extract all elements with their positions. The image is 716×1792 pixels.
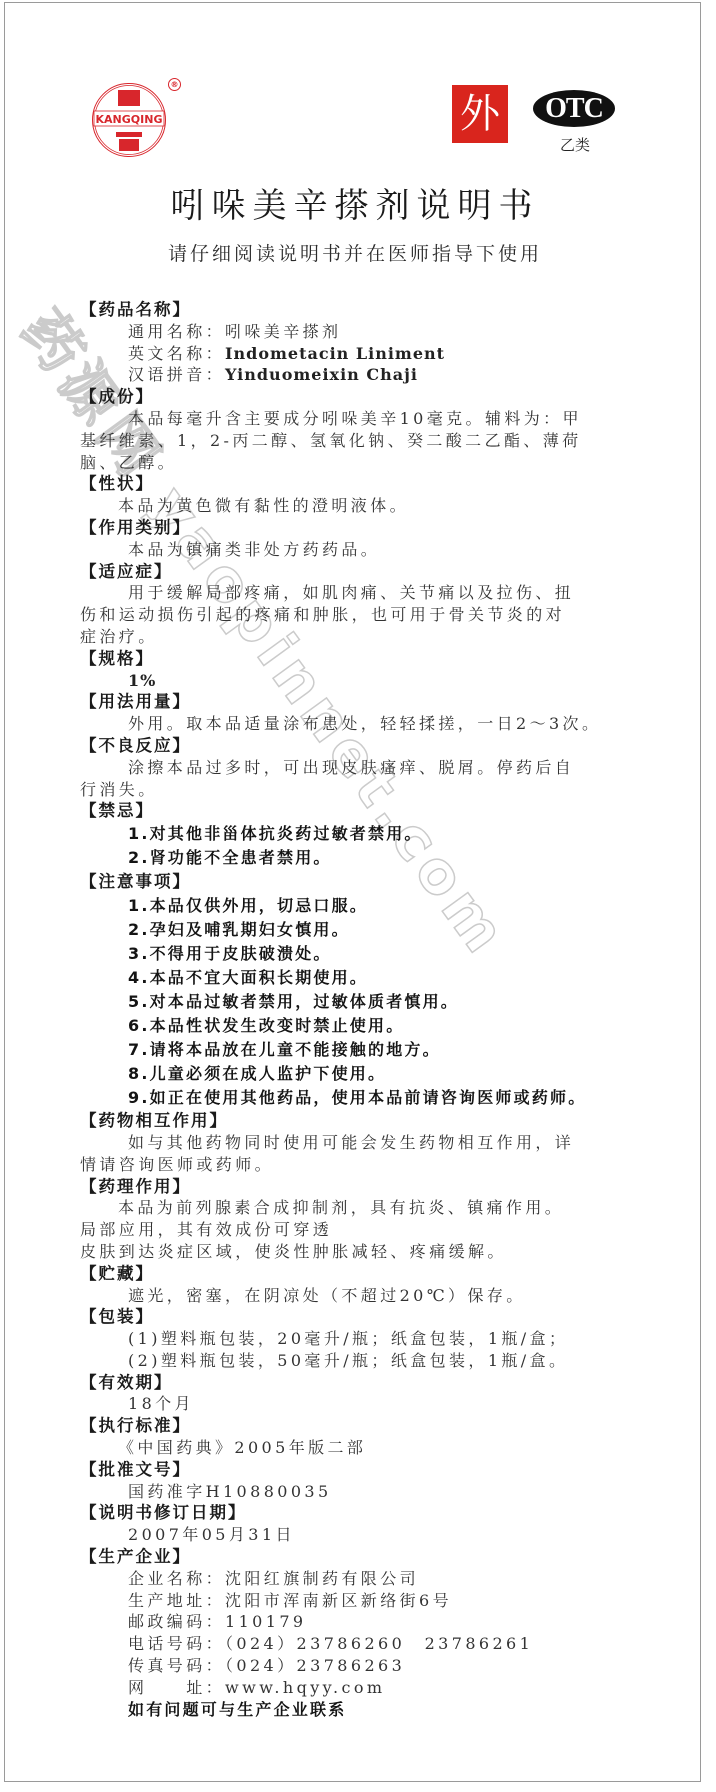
svg-text:KANGQING: KANGQING <box>96 113 163 126</box>
page-subtitle: 请仔细阅读说明书并在医师指导下使用 <box>140 242 570 266</box>
pharmacology-line: 本品为前列腺素合成抑制剂，具有抗炎、镇痛作用。 <box>0 1197 716 1219</box>
precaution-item: 4.本品不宜大面积长期使用。 <box>0 966 716 990</box>
leaflet-body: 【药品名称】 通用名称：吲哚美辛搽剂 英文名称：Indometacin Lini… <box>0 299 716 1720</box>
interactions-line: 如与其他药物同时使用可能会发生药物相互作用，详 <box>0 1132 716 1154</box>
section-label-indications: 【适应症】 <box>0 561 716 583</box>
standard-text: 《中国药典》2005年版二部 <box>0 1437 716 1459</box>
dosage-text: 外用。取本品适量涂布患处，轻轻揉搓，一日2～3次。 <box>0 713 716 735</box>
section-label-category: 【作用类别】 <box>0 517 716 539</box>
adverse-line: 涂擦本品过多时，可出现皮肤瘙痒、脱屑。停药后自 <box>0 757 716 779</box>
manufacturer-name: 企业名称：沈阳红旗制药有限公司 <box>0 1568 716 1590</box>
precaution-item: 1.本品仅供外用，切忌口服。 <box>0 894 716 918</box>
precaution-item: 3.不得用于皮肤破溃处。 <box>0 942 716 966</box>
section-label-precautions: 【注意事项】 <box>0 870 716 894</box>
contact-note: 如有问题可与生产企业联系 <box>0 1699 716 1721</box>
pharmacology-line: 皮肤到达炎症区域，使炎性肿胀减轻、疼痛缓解。 <box>0 1241 716 1263</box>
section-label-standard: 【执行标准】 <box>0 1415 716 1437</box>
section-label-contraindications: 【禁忌】 <box>0 800 716 822</box>
english-name-row: 英文名称：Indometacin Liniment <box>0 343 716 365</box>
specification-text: 1% <box>0 670 716 692</box>
manufacturer-fax: 传真号码：（024）23786263 <box>0 1655 716 1677</box>
section-label-ingredients: 【成份】 <box>0 386 716 408</box>
manufacturer-postcode: 邮政编码：110179 <box>0 1611 716 1633</box>
ingredients-line: 脑、乙醇。 <box>0 452 716 474</box>
otc-badge: OTC <box>533 90 615 127</box>
contraindication-item: 2.肾功能不全患者禁用。 <box>0 846 716 870</box>
category-text: 本品为镇痛类非处方药药品。 <box>0 539 716 561</box>
indications-line: 用于缓解局部疼痛，如肌肉痛、关节痛以及拉伤、扭 <box>0 582 716 604</box>
storage-text: 遮光，密塞，在阴凉处（不超过20℃）保存。 <box>0 1285 716 1307</box>
precaution-item: 6.本品性状发生改变时禁止使用。 <box>0 1014 716 1038</box>
manufacturer-address: 生产地址：沈阳市浑南新区新络街6号 <box>0 1590 716 1612</box>
precaution-item: 8.儿童必须在成人监护下使用。 <box>0 1062 716 1086</box>
english-name-prefix: 英文名称： <box>128 344 225 363</box>
section-label-pharmacology: 【药理作用】 <box>0 1176 716 1198</box>
section-label-specification: 【规格】 <box>0 648 716 670</box>
package-line: (2)塑料瓶包装，50毫升/瓶；纸盒包装，1瓶/盒。 <box>0 1350 716 1372</box>
description-text: 本品为黄色微有黏性的澄明液体。 <box>0 495 716 517</box>
section-label-storage: 【贮藏】 <box>0 1263 716 1285</box>
precaution-item: 9.如正在使用其他药品，使用本品前请咨询医师或药师。 <box>0 1086 716 1110</box>
kangqing-logo: KANGQING <box>91 82 167 158</box>
package-line: (1)塑料瓶包装，20毫升/瓶；纸盒包装，1瓶/盒； <box>0 1328 716 1350</box>
page-title: 吲哚美辛搽剂说明书 <box>140 186 570 226</box>
indications-line: 伤和运动损伤引起的疼痛和肿胀，也可用于骨关节炎的对 <box>0 604 716 626</box>
manufacturer-phone: 电话号码：（024）23786260 23786261 <box>0 1633 716 1655</box>
approval-number: 国药准字H10880035 <box>0 1481 716 1503</box>
generic-name: 通用名称：吲哚美辛搽剂 <box>0 321 716 343</box>
precaution-item: 2.孕妇及哺乳期妇女慎用。 <box>0 918 716 942</box>
ingredients-line: 本品每毫升含主要成分吲哚美辛10毫克。辅料为：甲 <box>0 408 716 430</box>
precaution-item: 7.请将本品放在儿童不能接触的地方。 <box>0 1038 716 1062</box>
logo-emblem-icon: KANGQING <box>91 82 167 158</box>
section-label-revision: 【说明书修订日期】 <box>0 1502 716 1524</box>
section-label-dosage: 【用法用量】 <box>0 691 716 713</box>
section-label-adverse: 【不良反应】 <box>0 735 716 757</box>
registered-mark: ® <box>168 78 181 91</box>
interactions-line: 情请咨询医师或药师。 <box>0 1154 716 1176</box>
indications-line: 症治疗。 <box>0 626 716 648</box>
english-name: Indometacin Liniment <box>225 344 445 363</box>
contraindication-item: 1.对其他非甾体抗炎药过敏者禁用。 <box>0 822 716 846</box>
ingredients-line: 基纤维素、1，2-丙二醇、氢氧化钠、癸二酸二乙酯、薄荷 <box>0 430 716 452</box>
external-use-badge: 外 <box>452 85 508 143</box>
pinyin-prefix: 汉语拼音： <box>128 365 225 384</box>
pinyin-row: 汉语拼音：Yinduomeixin Chaji <box>0 364 716 386</box>
pinyin-name: Yinduomeixin Chaji <box>225 365 418 384</box>
section-label-validity: 【有效期】 <box>0 1372 716 1394</box>
section-label-description: 【性状】 <box>0 473 716 495</box>
adverse-line: 行消失。 <box>0 779 716 801</box>
section-label-package: 【包装】 <box>0 1306 716 1328</box>
section-label-name: 【药品名称】 <box>0 299 716 321</box>
otc-class-label: 乙类 <box>555 136 595 154</box>
revision-date: 2007年05月31日 <box>0 1524 716 1546</box>
section-label-manufacturer: 【生产企业】 <box>0 1546 716 1568</box>
validity-text: 18个月 <box>0 1393 716 1415</box>
precaution-item: 5.对本品过敏者禁用，过敏体质者慎用。 <box>0 990 716 1014</box>
pharmacology-line: 局部应用，其有效成份可穿透 <box>0 1219 716 1241</box>
manufacturer-website[interactable]: 网 址：www.hqyy.com <box>0 1677 716 1699</box>
section-label-approval: 【批准文号】 <box>0 1459 716 1481</box>
section-label-interactions: 【药物相互作用】 <box>0 1110 716 1132</box>
